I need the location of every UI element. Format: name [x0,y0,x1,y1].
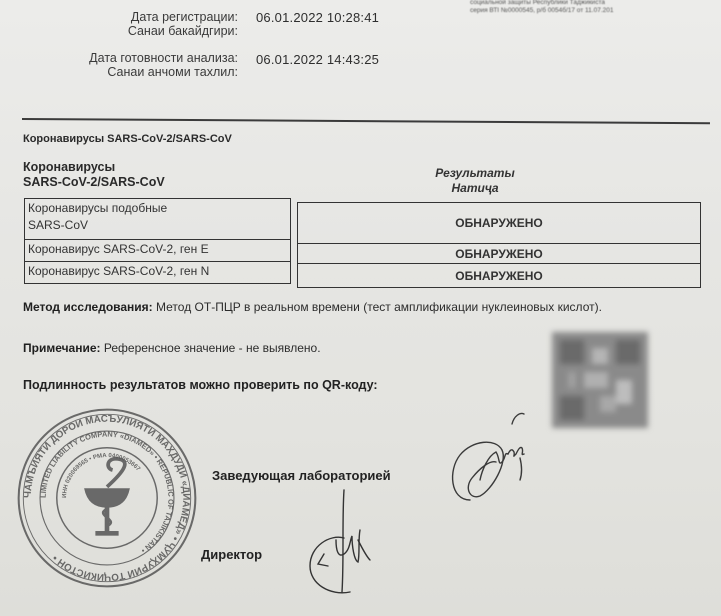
method-label: Метод исследования: [23,300,153,314]
test-name-line-1: Коронавирус SARS-CoV-2, ген E [28,241,287,258]
registration-date-value: 06.01.2022 10:28:41 [256,10,379,25]
note-label: Примечание: [23,341,101,355]
table-left-header: Коронавирусы SARS-CoV-2/SARS-CoV [23,160,165,190]
license-line-1: социальной защиты Республики Таджикиста [470,0,721,7]
test-name-line-1: Коронавирус SARS-CoV-2, ген N [28,263,287,280]
director-signature-icon [300,480,390,610]
table-row-test-name: Коронавирусы подобные SARS-CoV [24,198,291,240]
qr-caption: Подлинность результатов можно проверить … [23,378,378,392]
table-row-result: ОБНАРУЖЕНО [297,263,701,288]
director-label: Директор [201,547,262,562]
table-row-test-name: Коронавирус SARS-CoV-2, ген E [24,239,291,262]
ready-date-value: 06.01.2022 14:43:25 [256,52,379,67]
ready-date-label: Дата готовности анализа: Санаи анчоми та… [10,51,238,79]
registration-label-tj: Санаи бакайдгири: [40,24,238,38]
section-title: Коронавирусы SARS-CoV-2/SARS-CoV [23,133,232,145]
license-line-2: серия ВТI №0000545, р/б 0054б/17 от 11.0… [470,7,721,15]
left-header-line-2: SARS-CoV-2/SARS-CoV [23,175,165,190]
right-header-line-2: Натиҷа [400,181,550,196]
test-name-line-1: Коронавирусы подобные [28,200,287,217]
ready-label-ru: Дата готовности анализа: [10,51,238,65]
qr-code-icon[interactable] [552,332,648,428]
ready-label-tj: Санаи анчоми тахлил: [10,65,238,79]
table-row-result: ОБНАРУЖЕНО [297,243,701,264]
method-text: Метод ОТ-ПЦР в реальном времени (тест ам… [153,300,602,314]
method-paragraph: Метод исследования: Метод ОТ-ПЦР в реаль… [23,300,673,315]
right-header-line-1: Результаты [400,166,550,181]
table-row-result: ОБНАРУЖЕНО [297,202,701,244]
note-text: Референсное значение - не выявлено. [101,341,321,355]
note-paragraph: Примечание: Референсное значение - не вы… [23,341,523,356]
test-name-line-2: SARS-CoV [28,217,287,234]
table-row-test-name: Коронавирус SARS-CoV-2, ген N [24,261,291,284]
left-header-line-1: Коронавирусы [23,160,165,175]
divider [22,118,710,124]
organization-stamp-icon: ЧАМЪИЯТИ ДОРОИ МАСЪУЛИЯТИ МАХДУДИ «ДИАМЕ… [14,405,200,591]
registration-date-label: Дата регистрации: Санаи бакайдгири: [40,10,238,38]
table-right-header: Результаты Натиҷа [400,166,550,196]
registration-label-ru: Дата регистрации: [40,10,238,24]
lab-head-signature-icon [440,400,540,530]
license-info: социальной защиты Республики Таджикиста … [470,0,721,15]
